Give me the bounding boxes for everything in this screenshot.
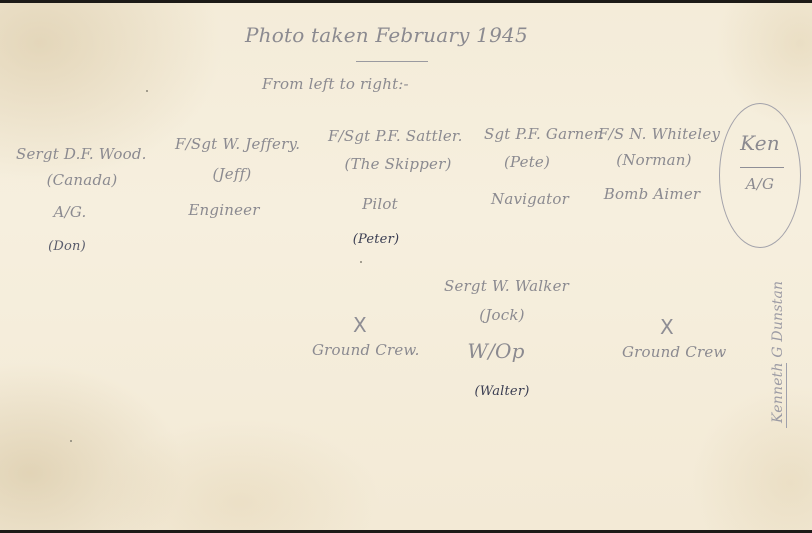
crew-rank-name: F/Sgt W. Jeffery. xyxy=(175,135,300,153)
circled-name: Ken xyxy=(740,131,780,155)
crew-role: Navigator xyxy=(491,190,569,208)
crew-note: (The Skipper) xyxy=(344,155,451,173)
crew-note: (Pete) xyxy=(504,153,550,171)
paper-speck xyxy=(70,440,72,442)
circled-role: A/G xyxy=(746,175,774,193)
crew-note: (Norman) xyxy=(616,151,691,169)
crew-role: Pilot xyxy=(362,195,398,213)
paper-speck xyxy=(146,90,148,92)
crew-role: A/G. xyxy=(54,203,87,221)
header-subtitle: From left to right:- xyxy=(262,75,409,93)
crew-rank-name: Sergt W. Walker xyxy=(444,277,569,295)
crew-nickname: (Walter) xyxy=(474,384,529,399)
crew-rank-name: Sergt D.F. Wood. xyxy=(16,145,147,163)
cross-mark-icon: X xyxy=(353,313,367,337)
crew-nickname: (Don) xyxy=(48,239,86,254)
crew-role: Engineer xyxy=(188,201,259,219)
crew-role: Bomb Aimer xyxy=(604,185,701,203)
crew-nickname: (Peter) xyxy=(353,232,400,247)
crew-note: (Jeff) xyxy=(213,165,252,183)
crew-role: W/Op xyxy=(467,339,524,363)
ground-crew-label: Ground Crew xyxy=(622,343,726,361)
crew-note: (Jock) xyxy=(479,306,524,324)
margin-stroke xyxy=(786,363,787,428)
crew-rank-name: F/Sgt P.F. Sattler. xyxy=(328,127,463,145)
header-title: Photo taken February 1945 xyxy=(245,23,528,47)
crew-rank-name: F/S N. Whiteley xyxy=(598,125,720,143)
circled-divider xyxy=(740,167,784,168)
margin-signature: Kenneth G Dunstan xyxy=(770,281,786,423)
paper-speck xyxy=(360,261,362,263)
cross-mark-icon: X xyxy=(660,315,674,339)
ground-crew-label: Ground Crew. xyxy=(312,341,420,359)
photo-back-card: Photo taken February 1945 From left to r… xyxy=(0,3,812,530)
crew-note: (Canada) xyxy=(47,171,118,189)
crew-rank-name: Sgt P.F. Garner. xyxy=(484,125,604,143)
header-divider xyxy=(356,61,428,62)
